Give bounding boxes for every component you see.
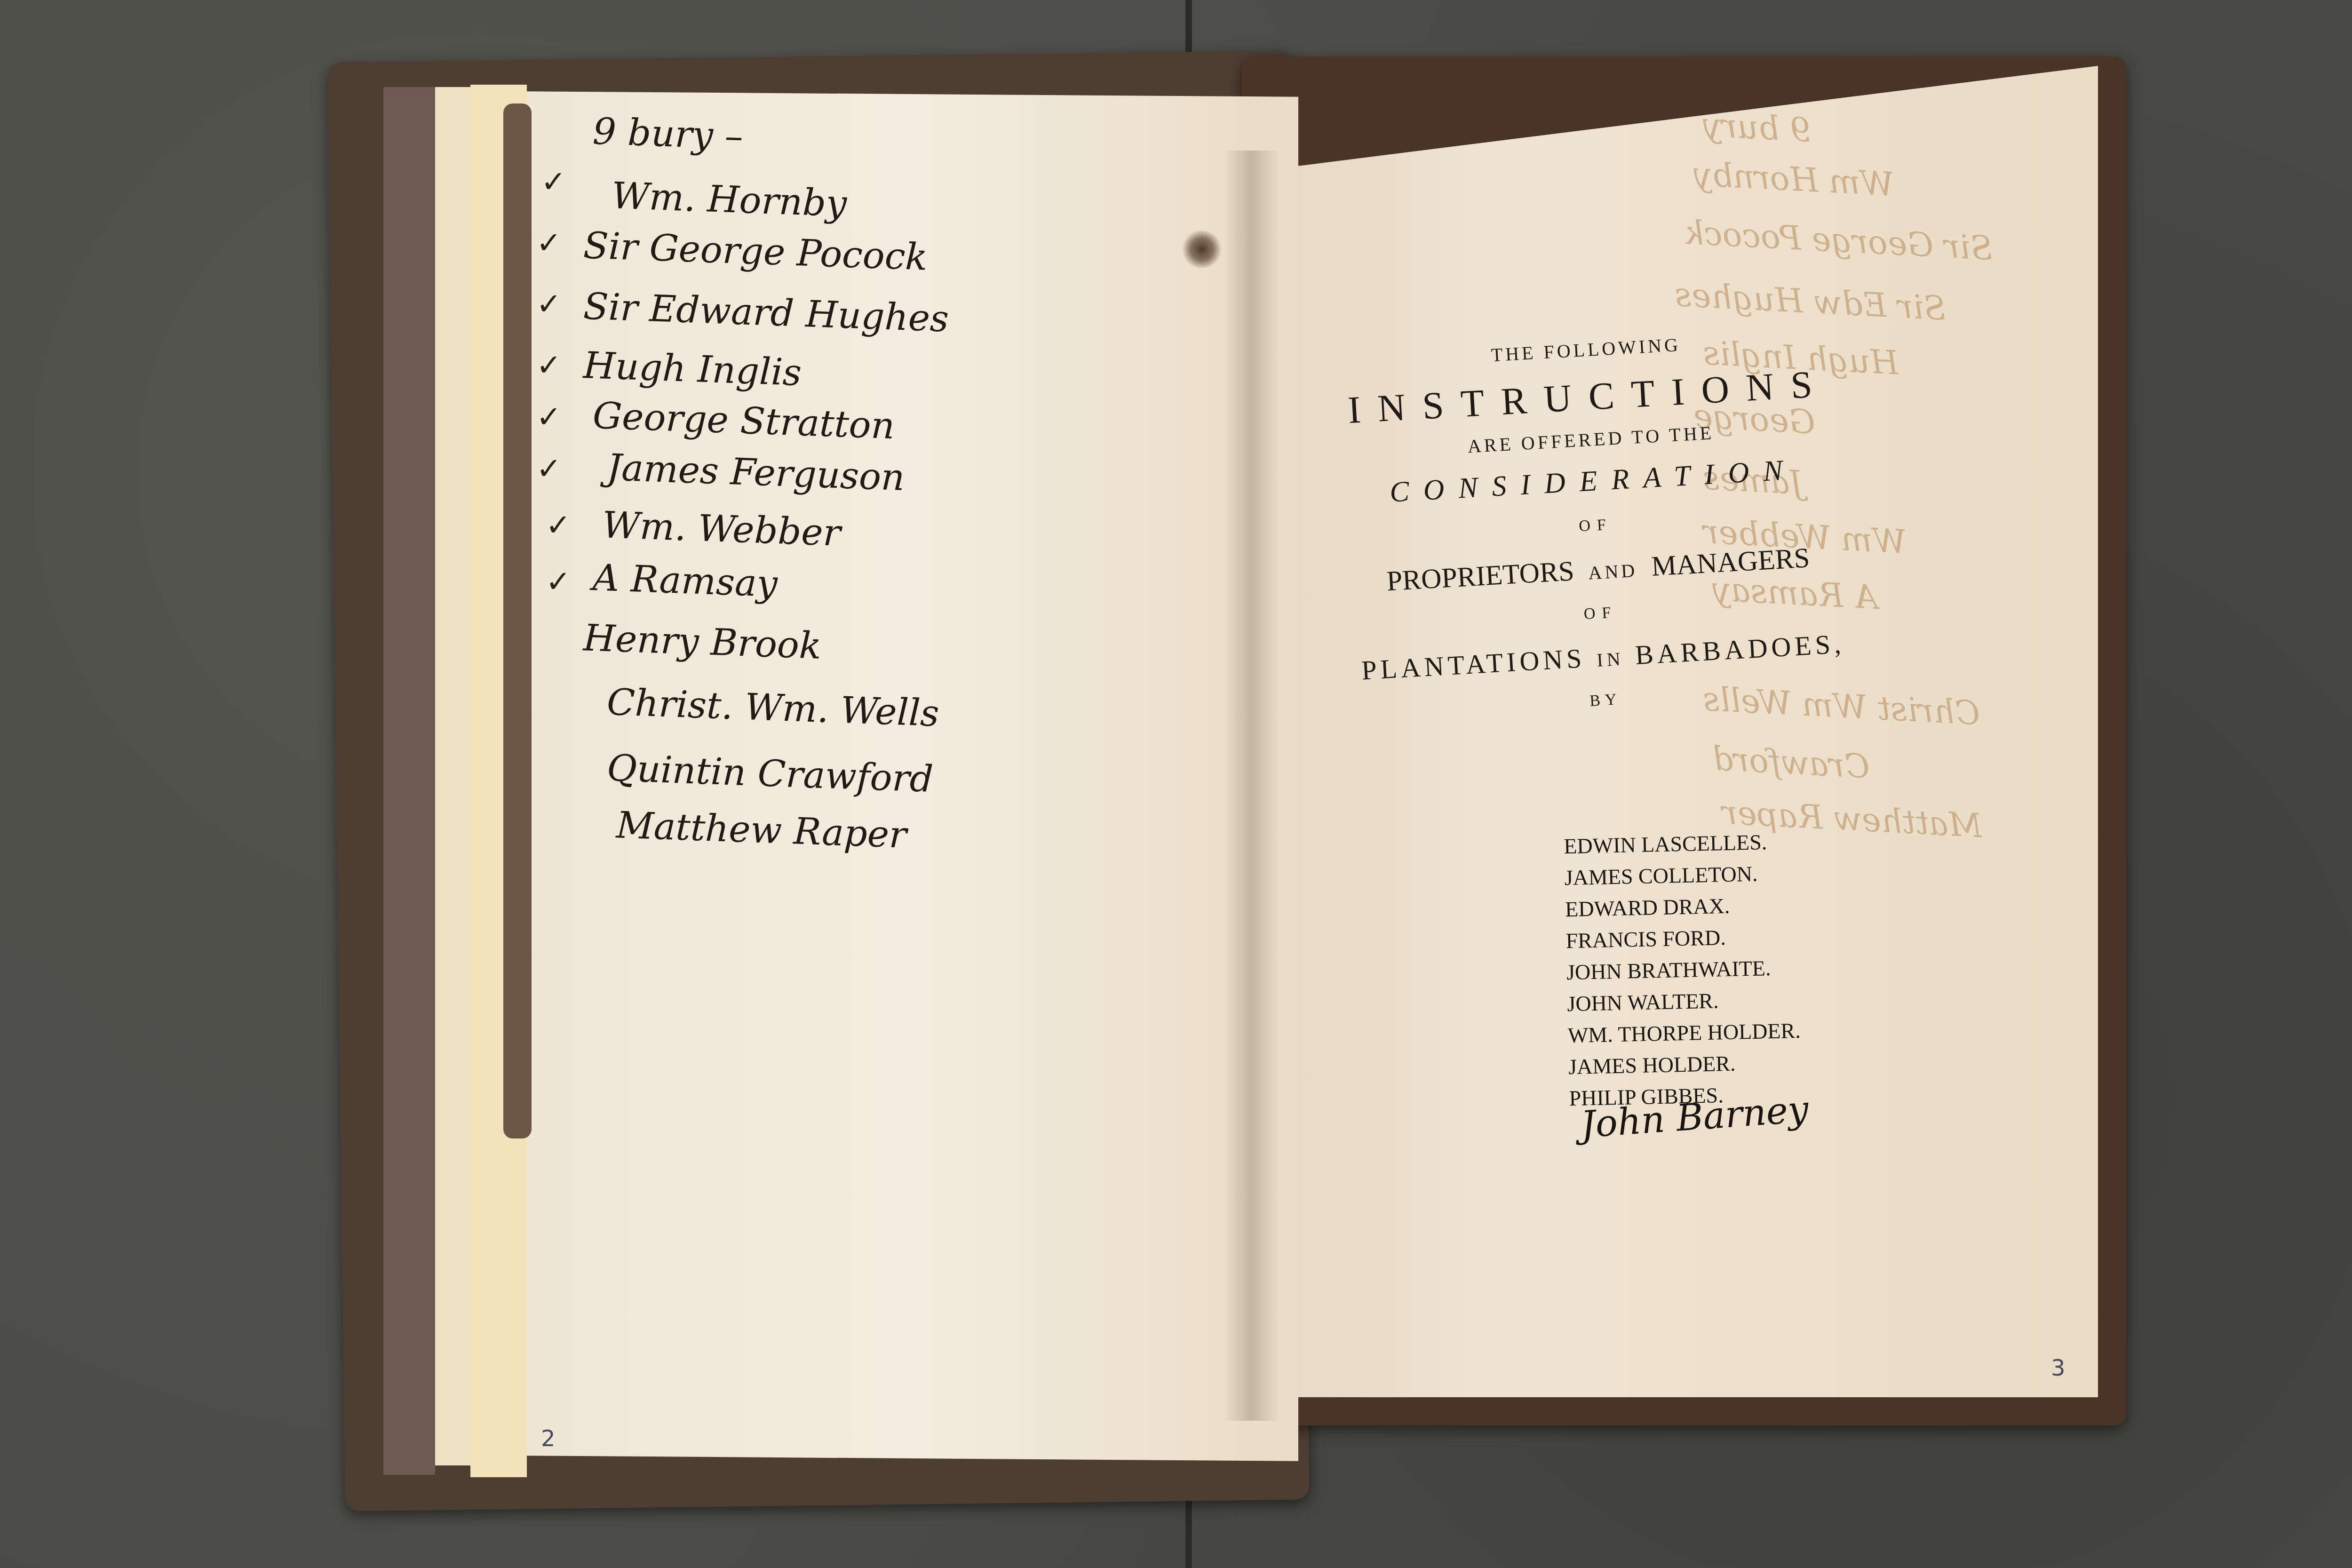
title-page: THE FOLLOWING INSTRUCTIONS ARE OFFERED T… xyxy=(1308,323,1884,739)
check-mark-icon: ✓ xyxy=(541,165,566,199)
bleed-through-text: 9 bury xyxy=(1702,105,1812,150)
handwritten-header: 9 bury – xyxy=(592,110,744,158)
handwritten-name: Hugh Inglis xyxy=(583,344,803,394)
handwritten-name: Wm. Hornby xyxy=(611,175,848,225)
left-pastedown xyxy=(383,87,435,1475)
page-number-right: 3 xyxy=(2051,1355,2066,1381)
author-name: JAMES COLLETON. xyxy=(1564,857,1797,893)
author-name: JAMES HOLDER. xyxy=(1568,1046,1802,1082)
author-name: EDWIN LASCELLES. xyxy=(1564,826,1797,862)
title-word: AND xyxy=(1588,560,1638,584)
title-word: MANAGERS xyxy=(1651,542,1811,582)
check-mark-icon: ✓ xyxy=(536,348,562,383)
title-plantations-line: PLANTATIONSINBARBADOES, xyxy=(1325,626,1881,688)
gutter xyxy=(1223,151,1279,1421)
check-mark-icon: ✓ xyxy=(536,400,562,435)
title-word: PLANTATIONS xyxy=(1361,643,1586,685)
open-book: 9 bury – ✓ Wm. Hornby ✓ Sir George Pococ… xyxy=(0,0,2352,1568)
author-name: JOHN BRATHWAITE. xyxy=(1566,952,1799,988)
left-page-stain xyxy=(503,103,532,1138)
author-name: EDWARD DRAX. xyxy=(1565,889,1798,925)
title-proprietors-line: PROPRIETORSANDMANAGERS xyxy=(1320,538,1876,601)
check-mark-icon: ✓ xyxy=(536,287,562,322)
check-mark-icon: ✓ xyxy=(546,565,571,599)
author-name: JOHN WALTER. xyxy=(1567,983,1800,1019)
author-name: FRANCIS FORD. xyxy=(1565,920,1799,956)
title-word: IN xyxy=(1596,648,1625,670)
handwritten-name: Henry Brook xyxy=(583,617,822,668)
bleed-through-text: Crawford xyxy=(1711,739,1871,786)
author-name: WM. THORPE HOLDER. xyxy=(1567,1015,1801,1051)
title-word: BARBADOES, xyxy=(1634,628,1845,670)
check-mark-icon: ✓ xyxy=(536,452,562,486)
title-word: PROPRIETORS xyxy=(1386,555,1575,597)
author-list: EDWIN LASCELLES. JAMES COLLETON. EDWARD … xyxy=(1564,826,1802,1114)
handwritten-name: A Ramsay xyxy=(592,557,779,605)
handwritten-name: Wm. Webber xyxy=(602,504,842,555)
check-mark-icon: ✓ xyxy=(546,508,571,543)
check-mark-icon: ✓ xyxy=(536,226,562,261)
page-number-left: 2 xyxy=(541,1425,556,1452)
ink-blot xyxy=(1181,231,1223,268)
